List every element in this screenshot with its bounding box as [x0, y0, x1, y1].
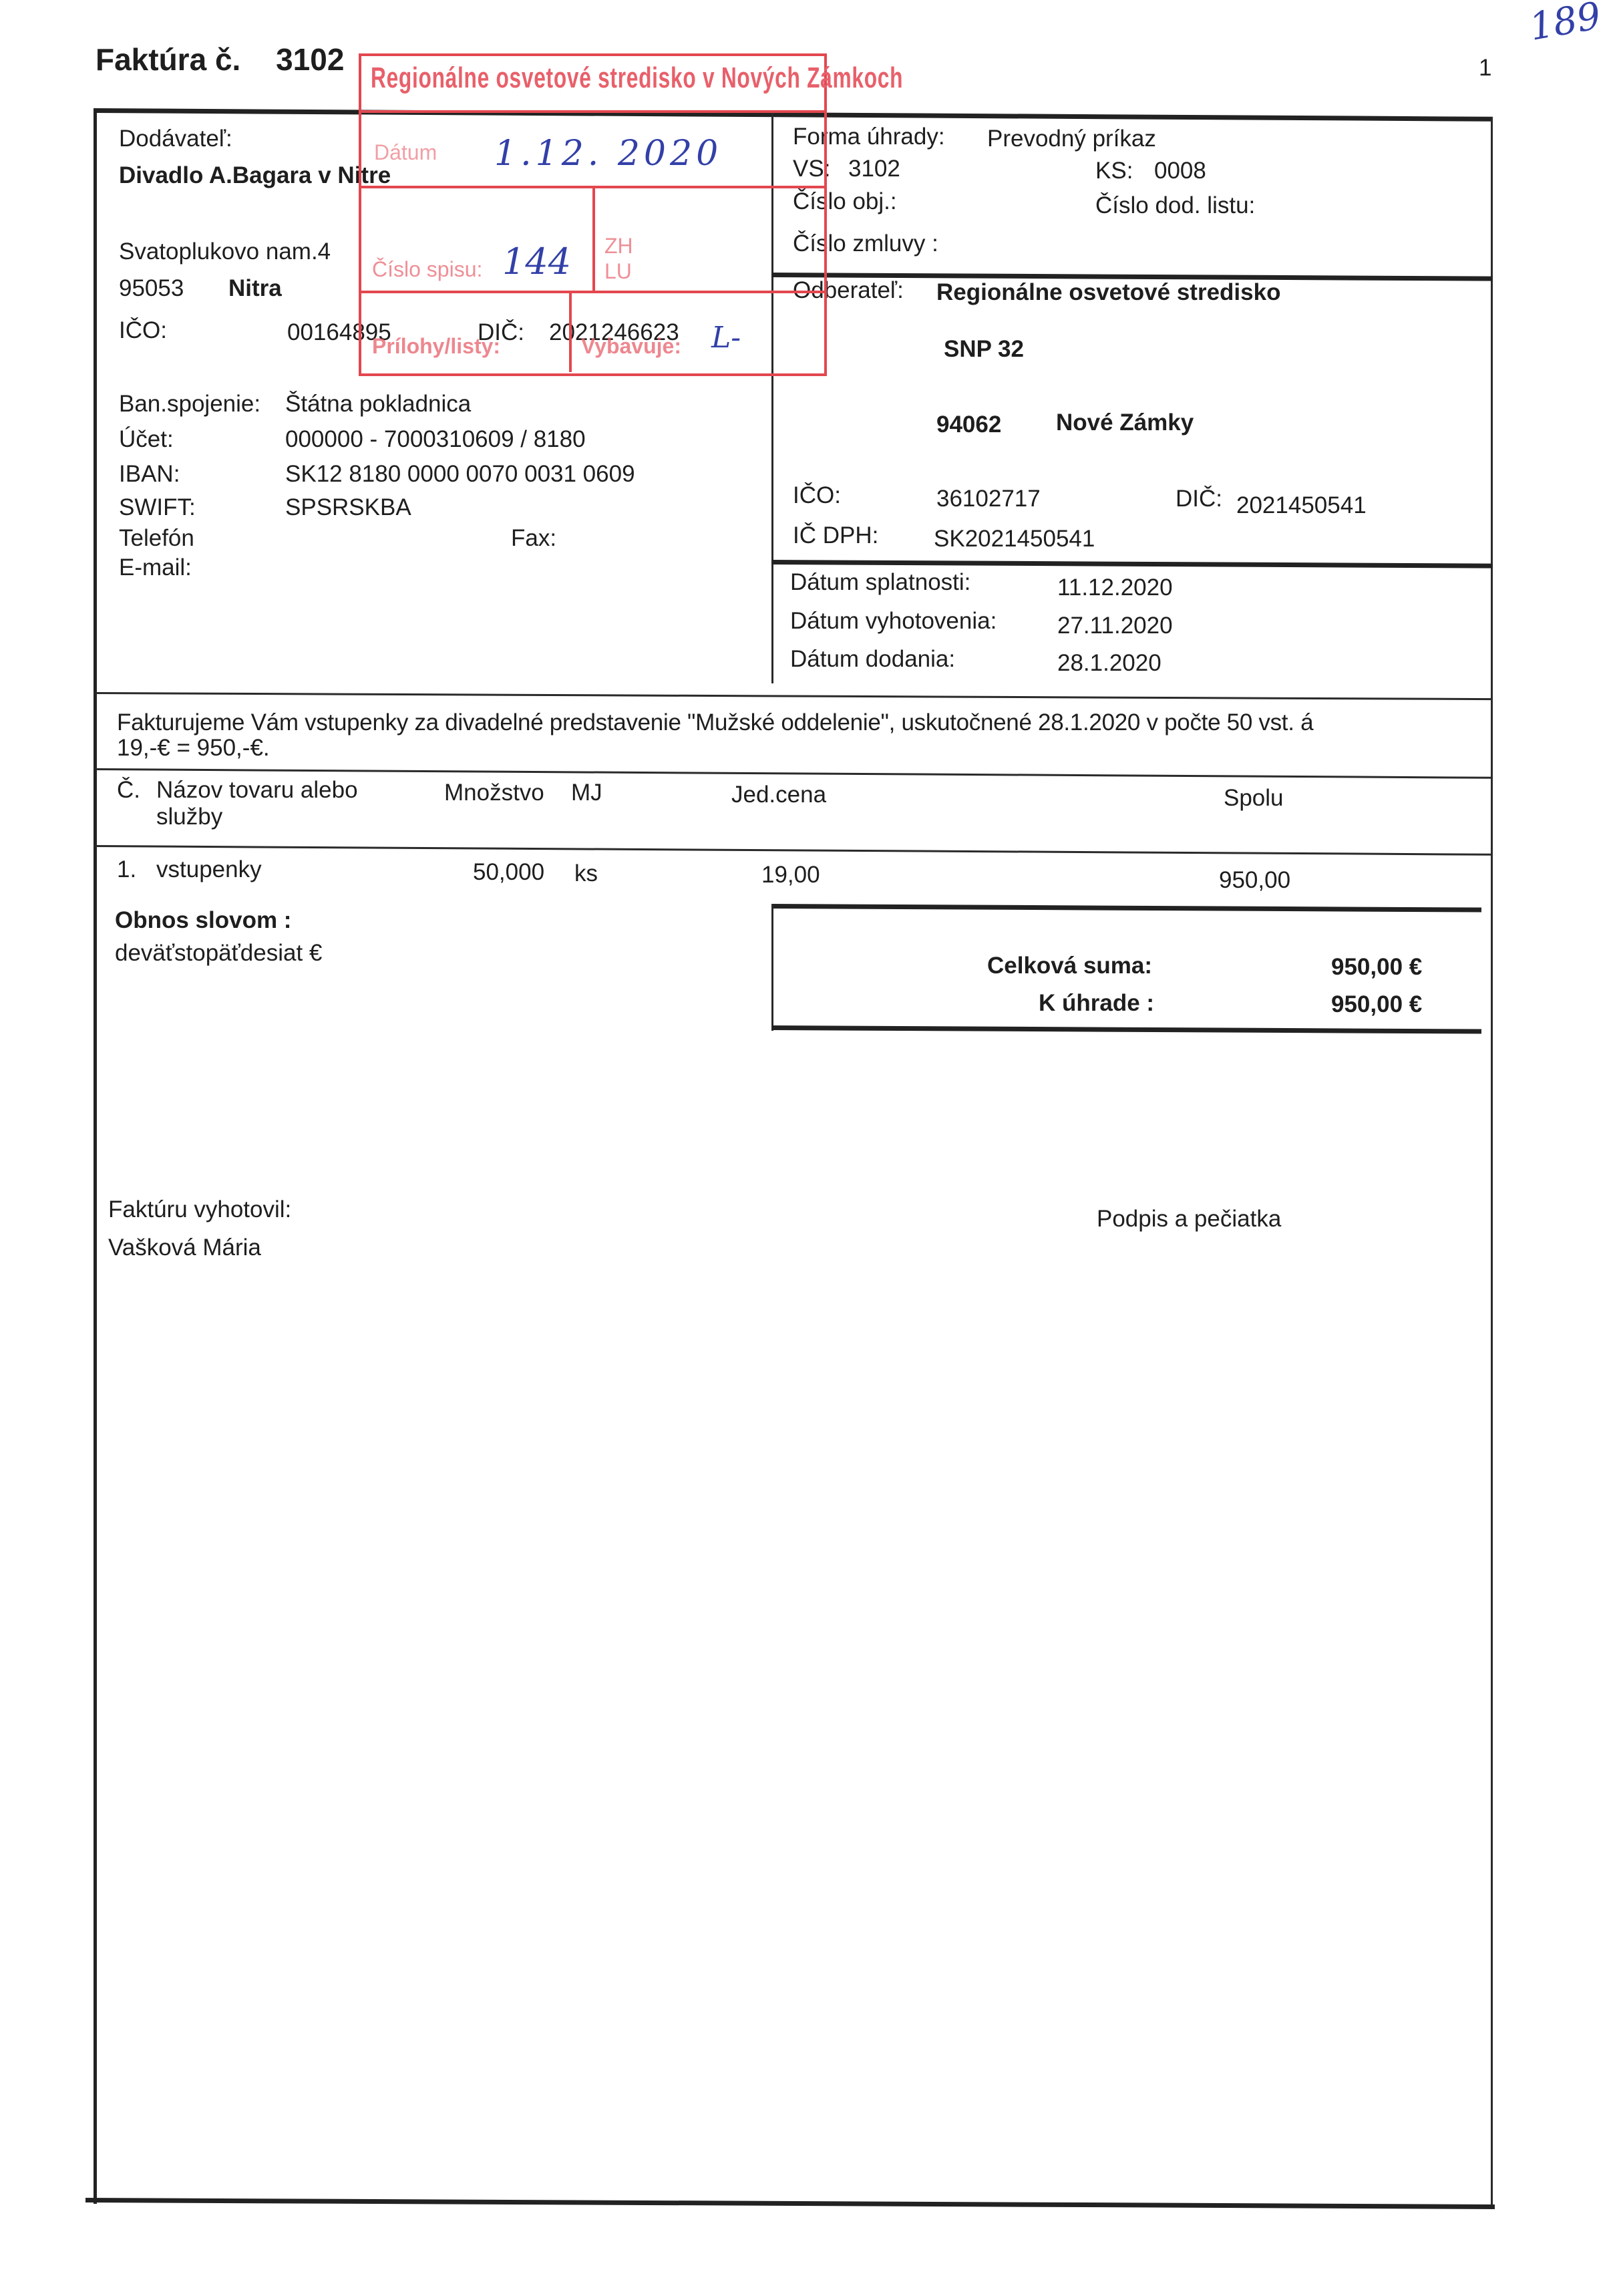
col-header-unit-price: Jed.cena: [731, 782, 826, 808]
issue-date-label: Dátum vyhotovenia:: [790, 608, 997, 635]
supplier-label: Dodávateľ:: [119, 126, 232, 152]
customer-city: Nové Zámky: [1056, 409, 1194, 436]
stamp-file-number-handwritten: 144: [502, 240, 571, 283]
col-header-total: Spolu: [1224, 785, 1284, 812]
issued-by-name: Vašková Mária: [108, 1235, 261, 1261]
phone-label: Telefón: [119, 525, 194, 552]
row-name: vstupenky: [156, 856, 262, 883]
due-date-label: Dátum splatnosti:: [790, 569, 970, 596]
issued-by-label: Faktúru vyhotovil:: [108, 1196, 291, 1223]
fax-label: Fax:: [511, 525, 556, 552]
invoice-title: Faktúra č. 3102: [96, 41, 344, 77]
supplier-street: Svatoplukovo nam.4: [119, 238, 331, 265]
delivery-note-label: Číslo dod. listu:: [1095, 192, 1255, 219]
customer-street: SNP 32: [944, 336, 1024, 363]
customer-dic: 2021450541: [1236, 492, 1367, 519]
swift-value: SPSRSKBA: [285, 494, 411, 521]
col-header-no: Č.: [117, 777, 140, 804]
stamp-date-handwritten: 1.12. 2020: [494, 134, 722, 174]
description-top-border: [96, 692, 1493, 700]
ks-label: KS:: [1095, 158, 1133, 184]
col-header-name: Názov tovaru alebo: [156, 777, 358, 804]
vs-value: 3102: [848, 156, 900, 182]
total-label: Celková suma:: [987, 953, 1152, 979]
totals-box-left-border: [771, 904, 773, 1031]
row-total: 950,00: [1219, 867, 1290, 894]
stamp-file-row-divider: [359, 291, 824, 293]
signature-label: Podpis a pečiatka: [1097, 1206, 1281, 1233]
box-right-border: [1491, 117, 1493, 2204]
amount-in-words-label: Obnos slovom :: [115, 907, 291, 934]
account-label: Účet:: [119, 426, 174, 453]
box-bottom-border: [85, 2198, 1495, 2209]
customer-name: Regionálne osvetové stredisko: [936, 279, 1280, 306]
stamp-handled-by-handwritten: L-: [711, 321, 741, 355]
supplier-name: Divadlo A.Bagara v Nitre: [119, 162, 391, 189]
bank-label: Ban.spojenie:: [119, 391, 260, 418]
row-qty: 50,000: [473, 859, 544, 886]
swift-label: SWIFT:: [119, 494, 196, 521]
issue-date: 27.11.2020: [1057, 613, 1173, 639]
payment-method: Prevodný príkaz: [987, 126, 1156, 152]
stamp-file-divider: [592, 187, 595, 292]
col-header-unit: MJ: [571, 780, 602, 806]
row-unit-price: 19,00: [761, 862, 820, 888]
table-body-top-border: [96, 845, 1493, 856]
stamp-attach-divider: [569, 292, 572, 372]
stamp-attachments-label: Prílohy/listy:: [372, 334, 500, 359]
supplier-city: Nitra: [228, 275, 282, 302]
stamp-date-divider: [359, 186, 824, 188]
handwritten-folio: 189: [1526, 0, 1604, 49]
supplier-zip: 95053: [119, 275, 184, 302]
email-label: E-mail:: [119, 554, 192, 581]
iban-label: IBAN:: [119, 461, 180, 488]
stamp-zh-label: ZH: [604, 234, 633, 259]
row-unit: ks: [574, 860, 598, 887]
description-line-2: 19,-€ = 950,-€.: [117, 735, 270, 762]
customer-dic-label: DIČ:: [1176, 486, 1222, 512]
stamp-lu-label: LU: [604, 259, 632, 284]
invoice-title-label: Faktúra č.: [96, 42, 240, 77]
col-header-name-2: služby: [156, 804, 222, 830]
page-number: 1: [1479, 55, 1491, 81]
dates-box-top-border: [771, 560, 1493, 568]
customer-ico: 36102717: [936, 486, 1041, 512]
customer-zip: 94062: [936, 412, 1001, 438]
ks-value: 0008: [1154, 158, 1206, 184]
box-left-border: [94, 108, 97, 2204]
account-number: 000000 - 7000310609 / 8180: [285, 426, 586, 453]
totals-box-bottom-border: [772, 1025, 1481, 1034]
customer-ico-label: IČO:: [793, 482, 841, 509]
description-line-1: Fakturujeme Vám vstupenky za divadelné p…: [117, 709, 1313, 736]
due-date: 11.12.2020: [1057, 575, 1173, 601]
stamp-organization: Regionálne osvetové stredisko v Nových Z…: [371, 61, 903, 95]
to-pay-value: 950,00 €: [1331, 991, 1422, 1018]
stamp-date-label: Dátum: [374, 140, 437, 165]
stamp-title-divider: [359, 110, 824, 113]
col-header-qty: Množstvo: [444, 780, 544, 806]
customer-icdph-label: IČ DPH:: [793, 522, 878, 549]
customer-icdph: SK2021450541: [934, 526, 1095, 552]
row-no: 1.: [117, 856, 136, 883]
stamp-handled-by-label: Vybavuje:: [581, 334, 681, 359]
supplier-ico-label: IČO:: [119, 317, 167, 344]
iban-value: SK12 8180 0000 0070 0031 0609: [285, 461, 635, 488]
bank-name: Štátna pokladnica: [285, 391, 471, 418]
totals-box-top-border: [772, 904, 1481, 913]
amount-in-words: deväťstopäťdesiat €: [115, 940, 322, 967]
stamp-file-number-label: Číslo spisu:: [372, 257, 482, 282]
delivery-date: 28.1.2020: [1057, 650, 1161, 677]
delivery-date-label: Dátum dodania:: [790, 646, 955, 673]
invoice-number: 3102: [276, 42, 344, 77]
total-value: 950,00 €: [1331, 954, 1422, 981]
to-pay-label: K úhrade :: [1039, 990, 1154, 1017]
